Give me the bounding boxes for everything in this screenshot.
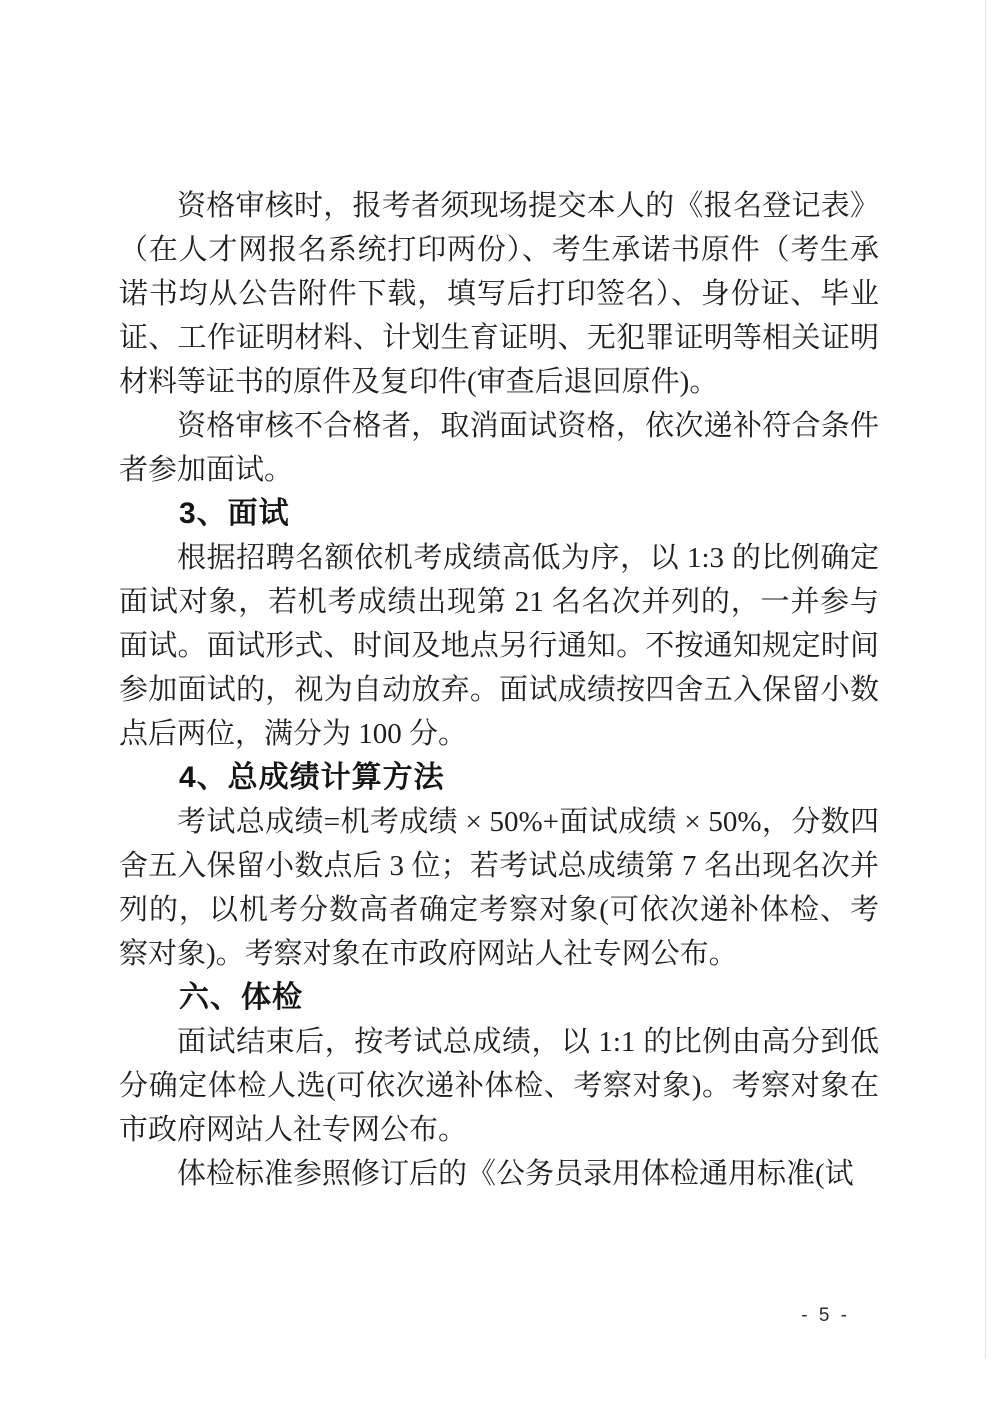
paragraph-qualification-review: 资格审核时，报考者须现场提交本人的《报名登记表》（在人才网报名系统打印两份）、考… <box>119 184 879 404</box>
document-body: 资格审核时，报考者须现场提交本人的《报名登记表》（在人才网报名系统打印两份）、考… <box>119 184 879 1196</box>
page-number: - 5 - <box>801 1305 850 1327</box>
paragraph-interview: 根据招聘名额依机考成绩高低为序，以 1:3 的比例确定面试对象，若机考成绩出现第… <box>119 536 879 756</box>
paragraph-physical-exam: 面试结束后，按考试总成绩，以 1:1 的比例由高分到低分确定体检人选(可依次递补… <box>119 1020 879 1152</box>
paragraph-exam-standard: 体检标准参照修订后的《公务员录用体检通用标准(试 <box>119 1152 879 1196</box>
heading-total-score: 4、总成绩计算方法 <box>119 756 879 800</box>
heading-interview: 3、面试 <box>119 492 879 536</box>
scan-artifact-line <box>985 0 986 1358</box>
document-page: 资格审核时，报考者须现场提交本人的《报名登记表》（在人才网报名系统打印两份）、考… <box>0 0 1000 1413</box>
paragraph-total-score: 考试总成绩=机考成绩 × 50%+面试成绩 × 50%，分数四舍五入保留小数点后… <box>119 800 879 976</box>
paragraph-review-fail: 资格审核不合格者，取消面试资格，依次递补符合条件者参加面试。 <box>119 404 879 492</box>
heading-physical-exam: 六、体检 <box>119 976 879 1020</box>
